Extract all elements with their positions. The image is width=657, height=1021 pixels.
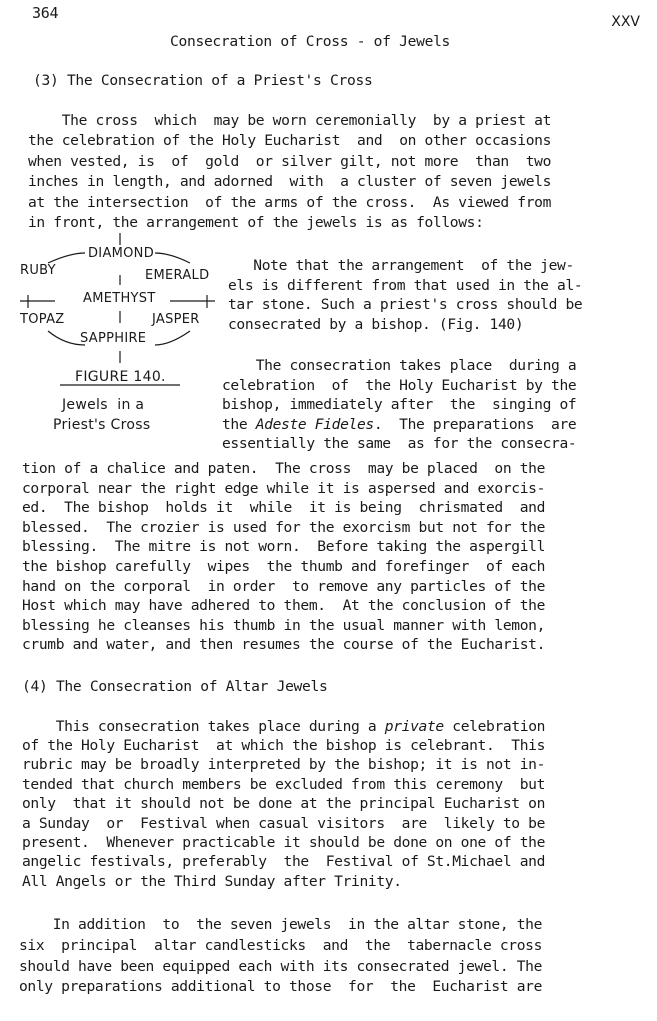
text-line: Note that the arrangement of the jew- — [228, 256, 574, 275]
text-line: only preparations additional to those fo… — [19, 977, 542, 996]
text-line: celebration of the Holy Eucharist by the — [222, 376, 576, 395]
jewel-upper-right: EMERALD — [145, 268, 209, 283]
jewel-upper-left: RUBY — [20, 263, 56, 278]
section-heading-altar-jewels: (4) The Consecration of Altar Jewels — [22, 678, 328, 695]
text-line: when vested, is of gold or silver gilt, … — [28, 152, 551, 171]
text-line: rubric may be broadly interpreted by the… — [22, 755, 545, 774]
text-line: consecrated by a bishop. (Fig. 140) — [228, 315, 523, 334]
jewel-lower-left: TOPAZ — [20, 312, 64, 327]
text-line: ed. The bishop holds it while it is bein… — [22, 498, 545, 517]
text-line: blessed. The crozier is used for the exo… — [22, 518, 545, 537]
emphasis-adeste-fideles: Adeste Fideles — [256, 416, 374, 433]
jewel-bottom: SAPPHIRE — [80, 331, 146, 346]
text-line: crumb and water, and then resumes the co… — [22, 635, 545, 654]
text-line: at the intersection of the arms of the c… — [28, 193, 551, 212]
text-line: of the Holy Eucharist at which the bisho… — [22, 736, 545, 755]
text-line: inches in length, and adorned with a clu… — [28, 172, 551, 191]
figure-caption-line1: Jewels in a — [62, 397, 144, 413]
text-line: blessing. The mitre is not worn. Before … — [22, 537, 545, 556]
text-line: tion of a chalice and paten. The cross m… — [22, 459, 545, 478]
section4-paragraph1-first-line: This consecration takes place during a p… — [22, 717, 545, 736]
text-line: els is different from that used in the a… — [228, 276, 582, 295]
jewel-top: DIAMOND — [88, 246, 154, 261]
text-line: six principal altar candlesticks and the… — [19, 936, 542, 955]
emphasis-private: private — [385, 718, 444, 735]
figure-caption-line2: Priest's Cross — [53, 417, 150, 433]
section-heading-priests-cross: (3) The Consecration of a Priest's Cross — [33, 72, 372, 89]
text-line: Host which may have adhered to them. At … — [22, 596, 545, 615]
text-line: a Sunday or Festival when casual visitor… — [22, 814, 545, 833]
text-line: only that it should not be done at the p… — [22, 794, 545, 813]
text-line: hand on the corporal in order to remove … — [22, 577, 545, 596]
figure-140-jewel-diagram: DIAMOND RUBY EMERALD AMETHYST TOPAZ JASP… — [20, 233, 225, 443]
text-line: essentially the same as for the consecra… — [222, 434, 576, 453]
text-line: the celebration of the Holy Eucharist an… — [28, 131, 551, 150]
text-line: tended that church members be excluded f… — [22, 775, 545, 794]
text-line: All Angels or the Third Sunday after Tri… — [22, 872, 402, 891]
text: This consecration takes place during a — [22, 718, 385, 735]
page-title: Consecration of Cross - of Jewels — [170, 33, 450, 50]
text-line: The cross which may be worn ceremonially… — [28, 111, 551, 130]
jewel-lower-right: JASPER — [152, 312, 200, 327]
jewel-center: AMETHYST — [83, 291, 156, 306]
text-line: should have been equipped each with its … — [19, 957, 542, 976]
text-line: bishop, immediately after the singing of — [222, 395, 576, 414]
text: celebration — [444, 718, 545, 735]
text-line: in front, the arrangement of the jewels … — [28, 213, 484, 232]
text-line: the bishop carefully wipes the thumb and… — [22, 557, 545, 576]
figure-label: FIGURE 140. — [75, 369, 166, 385]
text-line: tar stone. Such a priest's cross should … — [228, 295, 582, 314]
text-line: present. Whenever practicable it should … — [22, 833, 545, 852]
chapter-numeral: XXV — [611, 14, 640, 30]
text-line: blessing he cleanses his thumb in the us… — [22, 616, 545, 635]
text-line: In addition to the seven jewels in the a… — [19, 915, 542, 934]
text-line: The consecration takes place during a — [222, 356, 576, 375]
text-line: the Adeste Fideles. The preparations are — [222, 415, 576, 434]
text-line: corporal near the right edge while it is… — [22, 479, 545, 498]
text-line: angelic festivals, preferably the Festiv… — [22, 852, 545, 871]
page-number: 364 — [32, 4, 58, 22]
